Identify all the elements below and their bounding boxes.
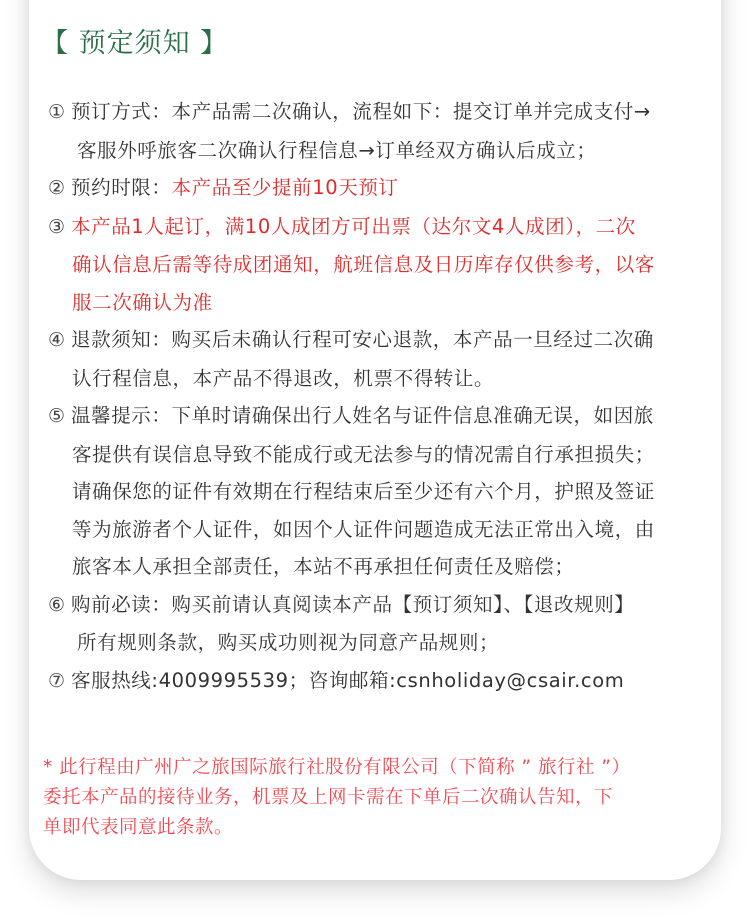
notice-item-2: ②预约时限：本产品至少提前10天预订 [48,169,720,208]
circled-number-4: ④ [48,322,71,360]
notice-highlight: 确认信息后需等待成团通知，航班信息及日历库存仅供参考，以客 [48,246,720,284]
notice-highlight: 本产品1人起订，满10人成团方可出票（达尔文4人成团），二次 [71,215,636,238]
notice-item-4: ④退款须知：购买后未确认行程可安心退款，本产品一旦经过二次确 认行程信息，本产品… [48,321,720,397]
notice-highlight: 服二次确认为准 [48,284,720,322]
notice-text: 购前必读：购买前请认真阅读本产品【预订须知】、【退改规则】 [71,593,634,616]
circled-number-5: ⑤ [48,398,71,436]
notice-text: 等为旅游者个人证件，如因个人证件问题造成无法正常出入境，由 [48,511,720,549]
notice-text: 认行程信息，本产品不得退改，机票不得转让。 [48,360,720,398]
disclaimer-line: 单即代表同意此条款。 [43,813,713,843]
disclaimer-note: * 此行程由广州广之旅国际旅行社股份有限公司（下简称 ” 旅行社 ”） 委托本产… [43,753,713,843]
notice-highlight: 本产品至少提前10天预订 [172,176,399,199]
contact-info: 客服热线:4009995539；咨询邮箱:csnholiday@csair.co… [71,669,624,692]
notice-item-6: ⑥购前必读：购买前请认真阅读本产品【预订须知】、【退改规则】 所有规则条款，购买… [48,586,720,662]
notice-item-5: ⑤温馨提示：下单时请确保出行人姓名与证件信息准确无误，如因旅 客提供有误信息导致… [48,397,720,586]
notice-text: 请确保您的证件有效期在行程结束后至少还有六个月，护照及签证 [48,473,720,511]
notice-item-7: ⑦客服热线:4009995539；咨询邮箱:csnholiday@csair.c… [48,662,720,701]
section-title: 【 预定须知 】 [41,24,228,64]
notice-text: 所有规则条款，购买成功则视为同意产品规则； [48,624,720,662]
circled-number-1: ① [48,94,71,132]
notice-text: 温馨提示：下单时请确保出行人姓名与证件信息准确无误，如因旅 [71,404,654,427]
notice-text: 预订方式：本产品需二次确认，流程如下：提交订单并完成支付→ [71,100,651,123]
circled-number-3: ③ [48,209,71,247]
circled-number-2: ② [48,170,71,208]
notice-text: 旅客本人承担全部责任，本站不再承担任何责任及赔偿； [48,548,720,586]
notice-list: ①预订方式：本产品需二次确认，流程如下：提交订单并完成支付→ 客服外呼旅客二次确… [48,93,720,700]
notice-text: 客服外呼旅客二次确认行程信息→订单经双方确认后成立； [48,132,720,170]
circled-number-7: ⑦ [48,663,71,701]
circled-number-6: ⑥ [48,587,71,625]
disclaimer-line: * 此行程由广州广之旅国际旅行社股份有限公司（下简称 ” 旅行社 ”） [43,753,713,783]
notice-item-1: ①预订方式：本产品需二次确认，流程如下：提交订单并完成支付→ 客服外呼旅客二次确… [48,93,720,169]
notice-item-3: ③本产品1人起订，满10人成团方可出票（达尔文4人成团），二次 确认信息后需等待… [48,208,720,322]
notice-text: 退款须知：购买后未确认行程可安心退款，本产品一旦经过二次确 [71,328,654,351]
disclaimer-line: 委托本产品的接待业务，机票及上网卡需在下单后二次确认告知，下 [43,783,713,813]
notice-label: 预约时限： [71,176,172,199]
notice-text: 客提供有误信息导致不能成行或无法参与的情况需自行承担损失； [48,436,720,474]
